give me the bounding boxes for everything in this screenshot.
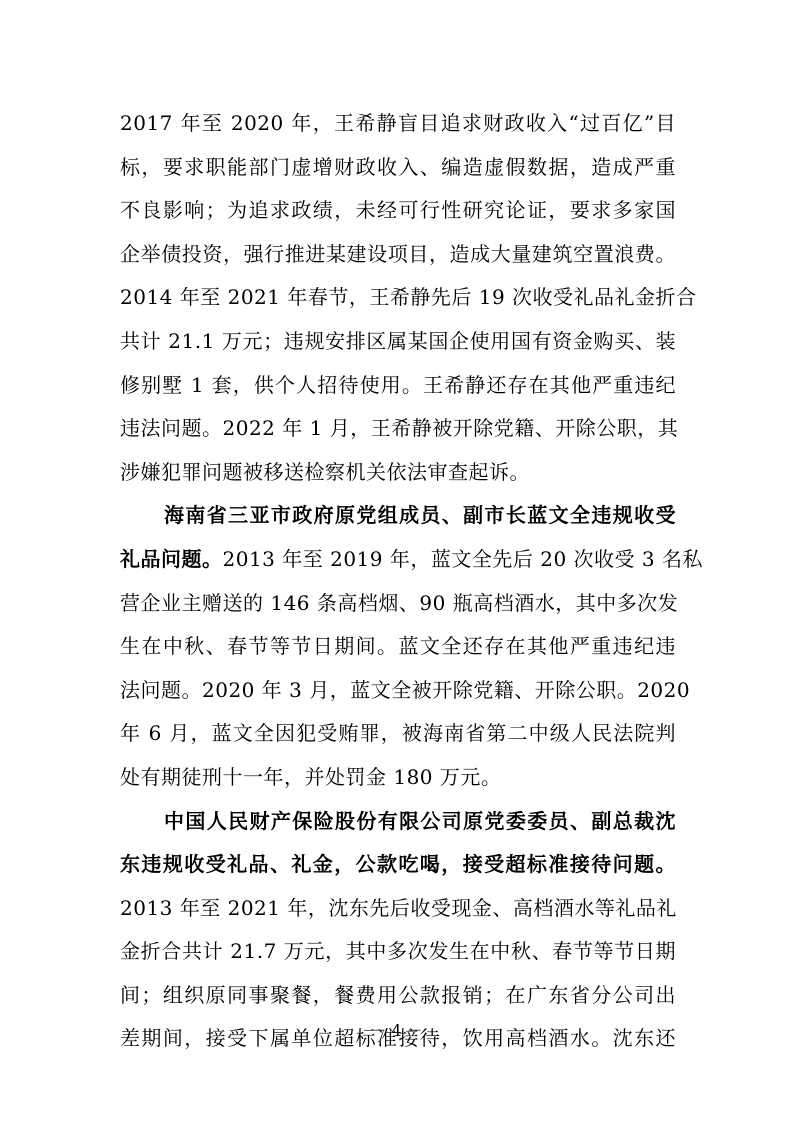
case-heading: 东违规收受礼品、礼金，公款吃喝，接受超标准接待问题。 <box>120 843 676 887</box>
text-line: 共计 21.1 万元；违规安排区属某国企使用国有资金购买、装 <box>120 320 676 364</box>
text-line: 礼品问题。2013 年至 2019 年，蓝文全先后 20 次收受 3 名私 <box>120 538 676 582</box>
text-line: 金折合共计 21.7 万元，其中多次发生在中秋、春节等节日期 <box>120 930 676 974</box>
text-line: 2013 年至 2021 年，沈东先后收受现金、高档酒水等礼品礼 <box>120 887 676 931</box>
document-page: 2017 年至 2020 年，王希静盲目追求财政收入“过百亿”目 标，要求职能部… <box>0 0 793 1122</box>
text-line: 营企业主赠送的 146 条高档烟、90 瓶高档酒水，其中多次发 <box>120 582 676 626</box>
text-line: 2017 年至 2020 年，王希静盲目追求财政收入“过百亿”目 <box>120 102 676 146</box>
text-span: 2013 年至 2019 年，蓝文全先后 20 次收受 3 名私 <box>223 547 703 571</box>
text-line: 企举债投资，强行推进某建设项目，造成大量建筑空置浪费。 <box>120 233 676 277</box>
page-number: － 4 － <box>0 1018 793 1041</box>
text-line: 不良影响；为追求政绩，未经可行性研究论证，要求多家国 <box>120 189 676 233</box>
text-line: 生在中秋、春节等节日期间。蓝文全还存在其他严重违纪违 <box>120 625 676 669</box>
paragraph-wang-xijing: 2017 年至 2020 年，王希静盲目追求财政收入“过百亿”目 标，要求职能部… <box>120 102 676 494</box>
text-line: 年 6 月，蓝文全因犯受贿罪，被海南省第二中级人民法院判 <box>120 712 676 756</box>
paragraph-lan-wenquan: 海南省三亚市政府原党组成员、副市长蓝文全违规收受 礼品问题。2013 年至 20… <box>120 494 676 799</box>
case-heading: 海南省三亚市政府原党组成员、副市长蓝文全违规收受 <box>120 494 676 538</box>
text-line: 间；组织原同事聚餐，餐费用公款报销；在广东省分公司出 <box>120 974 676 1018</box>
text-line: 法问题。2020 年 3 月，蓝文全被开除党籍、开除公职。2020 <box>120 669 676 713</box>
case-heading-end: 礼品问题。 <box>120 547 223 571</box>
text-line: 标，要求职能部门虚增财政收入、编造虚假数据，造成严重 <box>120 146 676 190</box>
text-line: 2014 年至 2021 年春节，王希静先后 19 次收受礼品礼金折合 <box>120 276 676 320</box>
text-line: 修别墅 1 套，供个人招待使用。王希静还存在其他严重违纪 <box>120 364 676 408</box>
document-body: 2017 年至 2020 年，王希静盲目追求财政收入“过百亿”目 标，要求职能部… <box>120 102 676 1061</box>
text-line: 涉嫌犯罪问题被移送检察机关依法审查起诉。 <box>120 451 676 495</box>
case-heading: 中国人民财产保险股份有限公司原党委委员、副总裁沈 <box>120 800 676 844</box>
text-line: 违法问题。2022 年 1 月，王希静被开除党籍、开除公职，其 <box>120 407 676 451</box>
text-line: 处有期徒刑十一年，并处罚金 180 万元。 <box>120 756 676 800</box>
